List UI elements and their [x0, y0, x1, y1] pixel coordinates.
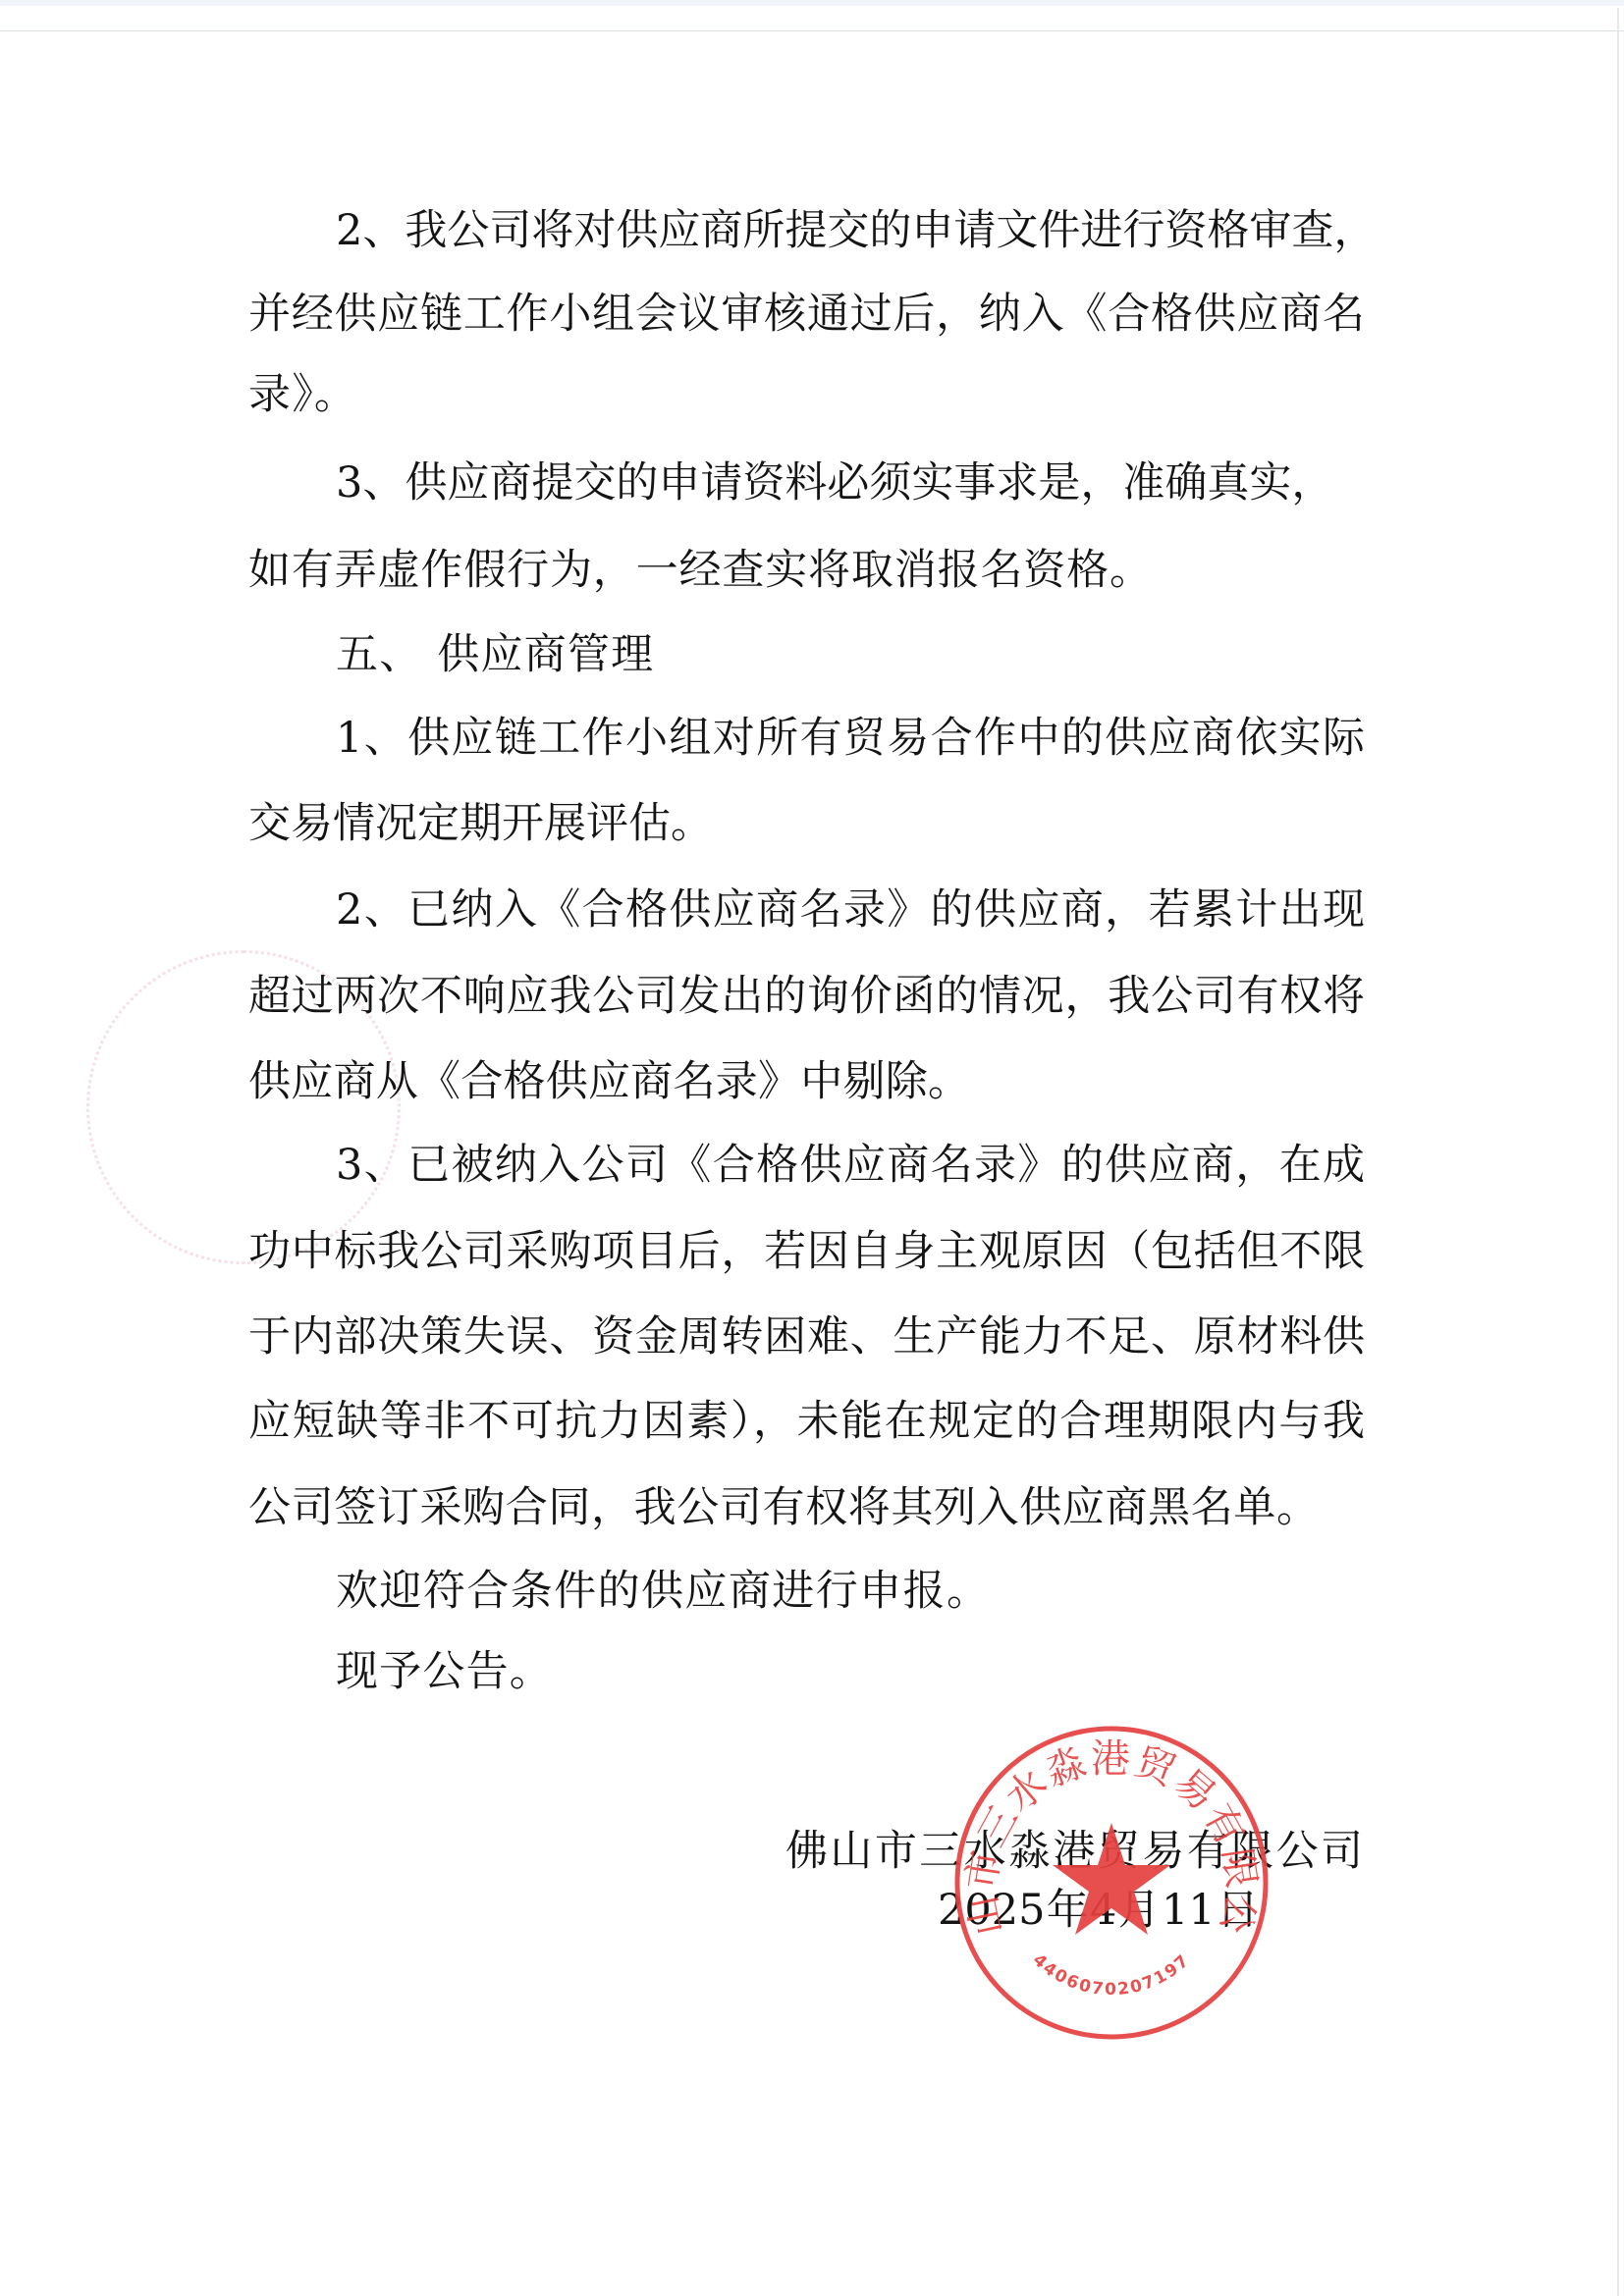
body-line: 功中标我公司采购项目后，若因自身主观原因（包括但不限 — [248, 1224, 1365, 1279]
closing-line: 现予公告。 — [336, 1644, 630, 1699]
seal-code: 4406070207197 — [1029, 1950, 1194, 2000]
body-line: 1、供应链工作小组对所有贸易合作中的供应商依实际 — [336, 711, 1365, 766]
body-line: 3、已被纳入公司《合格供应商名录》的供应商，在成 — [336, 1138, 1365, 1193]
body-line: 2、已纳入《合格供应商名录》的供应商，若累计出现 — [336, 882, 1365, 937]
signature-company: 佛山市三水淼港贸易有限公司 — [785, 1824, 1363, 1879]
body-line: 应短缺等非不可抗力因素），未能在规定的合理期限内与我 — [248, 1394, 1365, 1449]
section-heading: 五、 供应商管理 — [336, 627, 748, 682]
body-line: 于内部决策失误、资金周转困难、生产能力不足、原材料供 — [248, 1309, 1365, 1364]
body-line: 并经供应链工作小组会议审核通过后，纳入《合格供应商名 — [248, 287, 1365, 342]
body-line: 2、我公司将对供应商所提交的申请文件进行资格审查， — [336, 203, 1365, 258]
body-line: 录》。 — [248, 367, 1365, 422]
signature-date: 2025年4月11日 — [938, 1883, 1259, 1938]
scan-top-band — [0, 0, 1624, 6]
body-line: 供应商从《合格供应商名录》中剔除。 — [248, 1054, 970, 1109]
scan-right-edge — [1617, 8, 1619, 2296]
body-line: 3、供应商提交的申请资料必须实事求是，准确真实， — [336, 455, 1308, 510]
body-line: 交易情况定期开展评估。 — [248, 796, 700, 851]
closing-line: 欢迎符合条件的供应商进行申报。 — [336, 1564, 989, 1619]
scan-top-rule — [0, 30, 1624, 31]
body-line: 如有弄虚作假行为，一经查实将取消报名资格。 — [248, 543, 1152, 598]
body-line: 公司签订采购合同，我公司有权将其列入供应商黑名单。 — [248, 1480, 1319, 1535]
body-line: 超过两次不响应我公司发出的询价函的情况，我公司有权将 — [248, 969, 1365, 1024]
